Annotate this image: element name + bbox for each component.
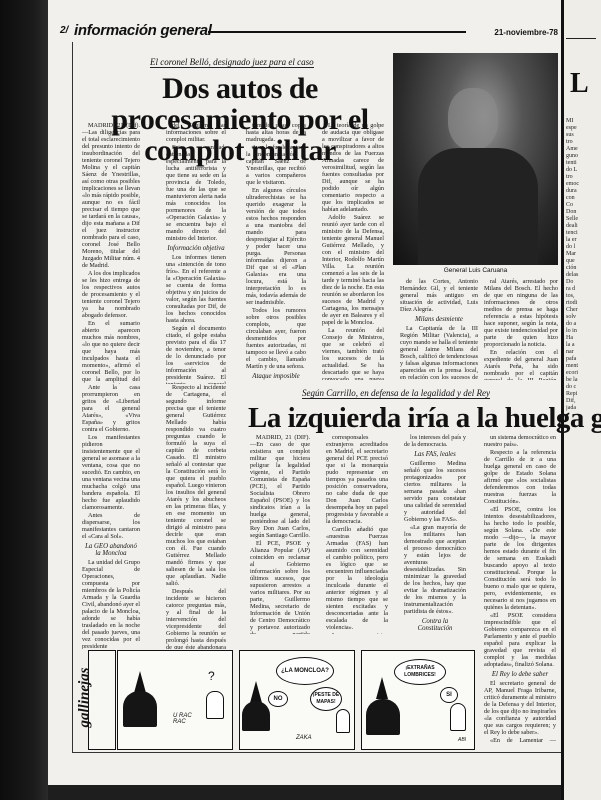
paragraph: Los informes tienen una «intención de to…	[166, 254, 226, 324]
right-page-line: guno	[566, 153, 598, 160]
right-page-line: rtodi	[566, 300, 598, 307]
sound-effect: U RAC RAC	[173, 713, 203, 725]
right-page-line: do l	[566, 244, 598, 251]
subheading: El Rey lo debe saber	[484, 671, 556, 678]
article2-kicker: Según Carrillo, en defensa de la legalid…	[302, 388, 490, 399]
right-page-line: Co	[566, 202, 598, 209]
article2-column-4: un sistema democrático en nuestro país».…	[484, 434, 556, 744]
paragraph: tomado unas copas hasta altas horas de l…	[246, 122, 306, 143]
character-hat-icon	[134, 671, 146, 693]
article1-column-6: ral Atarés, arrestado por Milans del Bos…	[484, 278, 558, 380]
right-page-line: ment	[566, 363, 598, 370]
right-page-line: Repi	[566, 391, 598, 398]
article1-column-3: tomado unas copas hasta altas horas de l…	[246, 122, 306, 380]
right-page-line: deali	[566, 223, 598, 230]
comic-panel-1: ? U RAC RAC	[117, 650, 233, 750]
speech-bubble: ¿LA MONCLOA?	[276, 657, 334, 685]
paragraph: Los comunistas piensan que la situación …	[326, 632, 388, 634]
section-title: información general	[74, 22, 212, 39]
right-page-line: delas	[566, 272, 598, 279]
right-page-line: lo in	[566, 328, 598, 335]
right-page-line: tenti	[566, 160, 598, 167]
paragraph: Carrillo añadió que «nuestras Fuerzas Ar…	[326, 526, 388, 631]
paragraph: ral Atarés, arrestado por Milans del Bos…	[484, 278, 558, 348]
paragraph: La reunión del Consejo de Ministros, que…	[322, 327, 384, 380]
comic-strip-title-panel: gallinejas	[88, 650, 116, 750]
paragraph: El secretario general de AP, Manuel Frag…	[484, 680, 556, 736]
article2-column-2: corresponsales extranjeros acreditados e…	[326, 434, 388, 634]
right-page-line: dura	[566, 188, 598, 195]
article2-headline: La izquierda iría a la huelga general	[248, 402, 601, 435]
right-page-line: la a	[566, 342, 598, 349]
comic-panel-3: ¡EXTRAÑAS LOMBRICES! SI ABI	[361, 650, 475, 750]
photo-subject-head	[448, 88, 498, 150]
right-page-line: la er	[566, 237, 598, 244]
right-page-line: do a	[566, 321, 598, 328]
question-mark: ?	[208, 669, 215, 683]
subheading: Las FAS, leales	[404, 451, 466, 458]
small-character	[336, 709, 350, 733]
paragraph: del Gobierno las informaciones sobre el …	[166, 122, 226, 143]
right-page-line: con	[566, 195, 598, 202]
paragraph: Ayer le fue levantada la incomunicación …	[246, 144, 306, 186]
paragraph: MADRID, 21 (Dif).—Las diligencias para e…	[82, 122, 140, 269]
paragraph: Respecto al incidente de Cartagena, el s…	[166, 384, 226, 587]
right-page-line: que	[566, 258, 598, 265]
speech-bubble: ¡EXTRAÑAS LOMBRICES!	[394, 659, 446, 685]
cloaked-character	[366, 699, 400, 735]
paragraph: El PCE, PSOE y Alianza Popular (AP) coin…	[250, 540, 310, 634]
right-page-line: tro	[566, 139, 598, 146]
cloaked-character	[242, 701, 270, 731]
paragraph: «El PSOE, contra los intentos desestabil…	[484, 506, 556, 611]
right-page-line: do L	[566, 167, 598, 174]
right-page-rule	[566, 38, 596, 39]
page-number: 2/	[60, 25, 68, 36]
speech-bubble: SI	[440, 687, 458, 703]
speech-bubble: NO	[268, 691, 288, 707]
paragraph: un sistema democrático en nuestro país».	[484, 434, 556, 448]
article1-column-2: del Gobierno las informaciones sobre el …	[166, 122, 226, 384]
right-page-line: ecori	[566, 370, 598, 377]
comic-title: gallinejas	[77, 667, 94, 727]
right-page-line: tos,	[566, 293, 598, 300]
paragraph: «La gran mayoría de los militares han de…	[404, 524, 466, 615]
paragraph: Respecto a la referencia de Carrillo de …	[484, 449, 556, 505]
paragraph: En algunos círculos ultraderechistas se …	[246, 187, 306, 306]
right-page-line: Don	[566, 209, 598, 216]
subheading: Información objetiva	[166, 245, 226, 252]
right-page-line: be la	[566, 377, 598, 384]
right-page-line: Mar	[566, 251, 598, 258]
paragraph: A los dos implicados se les hizo entrega…	[82, 270, 140, 319]
right-page-line: ción	[566, 265, 598, 272]
article2-column-3: los intereses del país y de la democraci…	[404, 434, 466, 634]
header-rule	[208, 31, 466, 33]
article1-column-5: de las Cortes, Antonio Hernández Gil, y …	[400, 278, 478, 380]
paragraph: Antes de dispersarse, los manifestantes …	[82, 512, 140, 540]
paragraph: En relación con el expediente del genera…	[484, 349, 558, 380]
right-page-text-fragment: MIespesustroAmegunotentido Ltroemocdurac…	[566, 118, 598, 412]
photo-subject-body	[418, 148, 538, 265]
comic-panel-2: ¿LA MONCLOA? NO ¡PESTE DE MAPAS! ZAKA	[239, 650, 355, 750]
sound-effect: ZAKA	[296, 735, 312, 741]
issue-date: 21-noviembre-78	[494, 28, 558, 37]
cloaked-character	[123, 691, 157, 727]
paragraph: En el sumario abierto aparecen muchos má…	[82, 320, 140, 384]
right-page-line: solv	[566, 314, 598, 321]
right-page-line: tenci	[566, 230, 598, 237]
article1-kicker: El coronel Belló, designado juez para el…	[150, 57, 314, 68]
scan-bottom-edge	[48, 785, 561, 800]
right-page-line: pafa	[566, 356, 598, 363]
article1-column-1-cont: Ante la casa prorrumpieron en gritos de …	[82, 384, 140, 649]
paragraph: Después del incidente se hicieron catorc…	[166, 588, 226, 649]
character-hat-icon	[376, 677, 388, 699]
paragraph: corresponsales extranjeros acreditados e…	[326, 434, 388, 525]
subheading: La GEO abandonó la Moncloa	[82, 543, 140, 557]
small-character	[450, 703, 466, 731]
paragraph: Adolfo Suárez se reunió ayer tarde con e…	[322, 214, 384, 326]
right-page-line: nar	[566, 349, 598, 356]
page-header: 2/ información general 21-noviembre-78	[60, 22, 560, 40]
right-page-line: espe	[566, 125, 598, 132]
paragraph: de las Cortes, Antonio Hernández Gil, y …	[400, 278, 478, 313]
paragraph: La Capitanía de la III Región Militar (V…	[400, 325, 478, 380]
article1-column-4: La teoría de un golpe de audacia que obl…	[322, 122, 384, 380]
photo-caption: General Luis Caruana	[393, 267, 558, 274]
right-page-line: Ame	[566, 146, 598, 153]
right-page-line: tro	[566, 174, 598, 181]
right-page-headline-fragment: L	[570, 68, 589, 100]
paragraph: Esta unidad, entrenada especialmente par…	[166, 144, 226, 242]
artist-signature: ABI	[458, 737, 466, 743]
subheading: Contra la Constitución	[404, 618, 466, 632]
right-page-line: do c	[566, 384, 598, 391]
right-page-line: ra d	[566, 286, 598, 293]
right-page-line: emoc	[566, 181, 598, 188]
small-character	[206, 691, 224, 719]
scan-left-edge	[0, 0, 48, 800]
right-page-line: Cher	[566, 307, 598, 314]
paragraph: los intereses del país y de la democraci…	[404, 434, 466, 448]
right-page-line: jada	[566, 405, 598, 412]
paragraph: Guillermo Medina señaló que los sucesos …	[404, 460, 466, 523]
right-page-line: MI	[566, 118, 598, 125]
portrait-photo	[393, 53, 558, 265]
paragraph: Todos los rumores sobre otros posibles c…	[246, 307, 306, 370]
paragraph: «El PSOE considera imprescindible que el…	[484, 612, 556, 668]
right-page-line: Ha	[566, 335, 598, 342]
character-hat-icon	[250, 681, 262, 703]
right-page-line: Dif,	[566, 398, 598, 405]
paragraph: La unidad del Grupo Especial de Operacio…	[82, 559, 140, 649]
paragraph: «En de Lamentar —añadió Fraga— que, una …	[484, 737, 556, 744]
speech-bubble: ¡PESTE DE MAPAS!	[310, 687, 342, 711]
paragraph: Según el documento citado, el golpe esta…	[166, 325, 226, 384]
paragraph: MADRID, 21 (DIF).—En caso de que existie…	[250, 434, 310, 539]
right-page-line: Selle	[566, 216, 598, 223]
paragraph: Ante la casa prorrumpieron en gritos de …	[82, 384, 140, 433]
article2-column-1: MADRID, 21 (DIF).—En caso de que existie…	[250, 434, 310, 634]
article1-column-2-cont: Respecto al incidente de Cartagena, el s…	[166, 384, 226, 649]
subheading: Ataque imposible	[246, 373, 306, 380]
paragraph: Los manifestantes pidieron insistentemen…	[82, 434, 140, 511]
right-page-line: sus	[566, 132, 598, 139]
subheading: Milans desmiente	[400, 316, 478, 323]
article1-column-1: MADRID, 21 (Dif).—Las diligencias para e…	[82, 122, 140, 384]
right-page-line: Do	[566, 279, 598, 286]
paragraph: La teoría de un golpe de audacia que obl…	[322, 122, 384, 213]
